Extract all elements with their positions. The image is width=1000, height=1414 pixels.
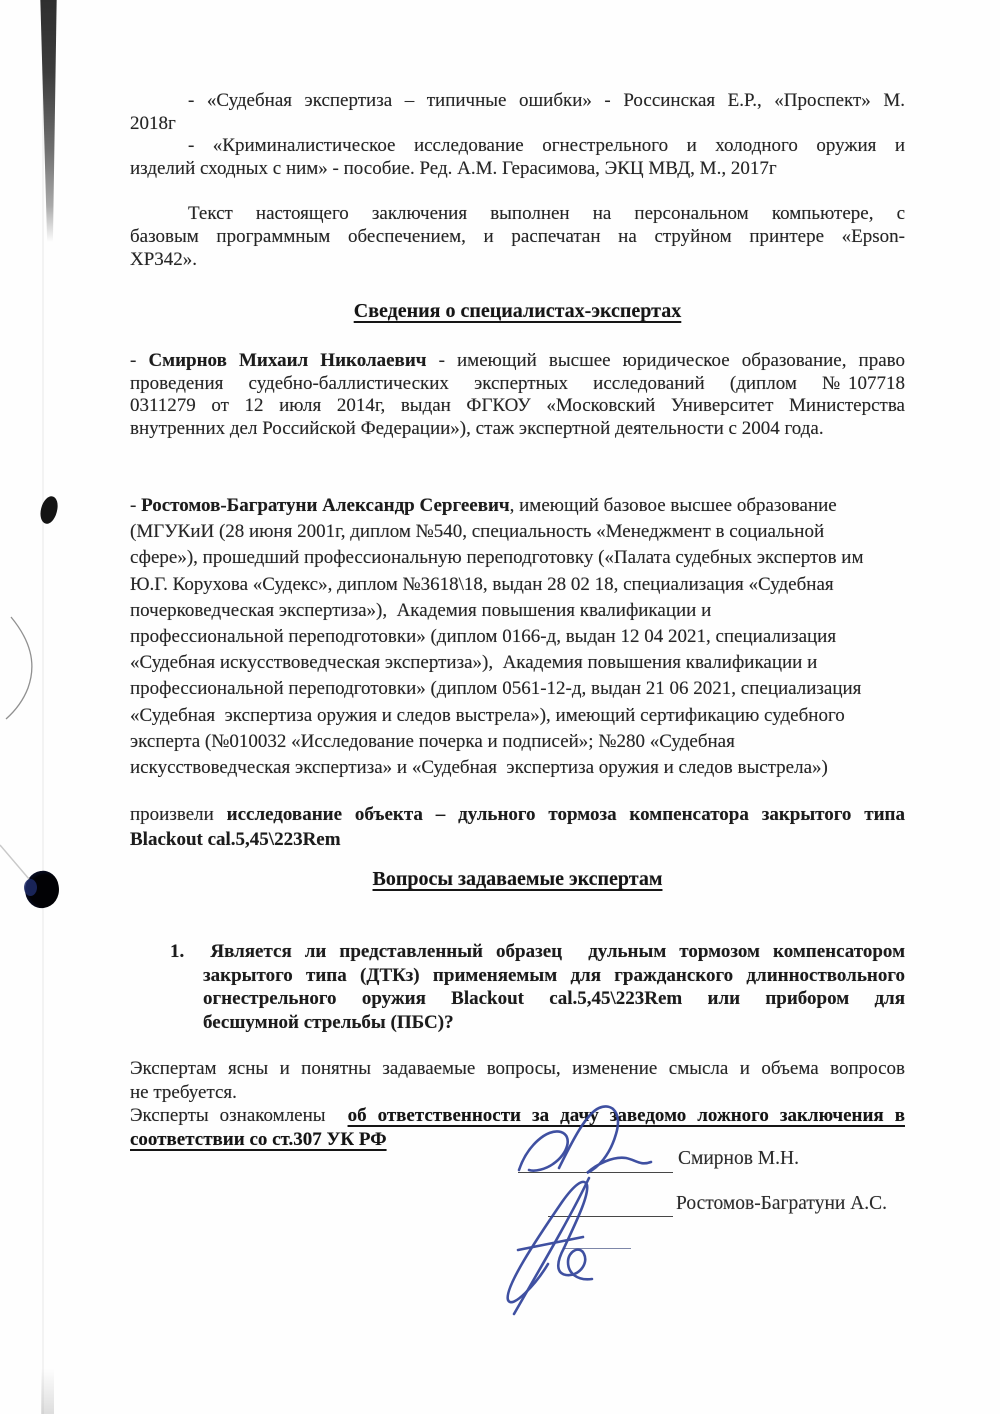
- expert1-name: Смирнов Михаил Николаевич: [148, 350, 426, 371]
- research-object-bold: исследование объекта – дульного тормоза …: [227, 804, 905, 825]
- text-segment: Является ли представленный образец дульн…: [210, 941, 905, 962]
- paragraph-expert2: - Ростомов-Багратуни Александр Сергеевич…: [130, 493, 908, 781]
- paragraph-question1: 1. Является ли представленный образец ду…: [170, 940, 905, 1034]
- text-line: искусствоведческая экспертиза» и «Судебн…: [130, 755, 908, 781]
- text-line: проведения судебно-баллистических экспер…: [130, 373, 905, 396]
- expert2-signature-name: Ростомов-Багратуни А.С.: [676, 1193, 887, 1215]
- text-line: Экспертам ясны и понятны задаваемые вопр…: [130, 1057, 905, 1081]
- text-line: XP342».: [130, 248, 905, 271]
- dash: -: [130, 350, 148, 371]
- paragraph-printed-note: Текст настоящего заключения выполнен на …: [130, 202, 905, 271]
- text-line: базовым программным обеспечением, и расп…: [130, 225, 905, 248]
- text-line: 0311279 от 12 июля 2014г, выдан ФГКОУ «М…: [130, 395, 905, 418]
- text-line: 1. Является ли представленный образец ду…: [170, 940, 905, 964]
- question-gap: [184, 941, 210, 962]
- text-line: закрытого типа (ДТКз) применяемым для гр…: [170, 964, 905, 988]
- experts-section-heading: Сведения о специалистах-экспертах: [130, 300, 905, 323]
- text-line: - «Судебная экспертиза – типичные ошибки…: [130, 90, 905, 113]
- text-line: - «Криминалистическое исследование огнес…: [130, 135, 905, 158]
- expert1-signature-name: Смирнов М.Н.: [678, 1148, 799, 1170]
- text-line: эксперта (№010032 «Исследование почерка …: [130, 729, 908, 755]
- paragraph-references: - «Судебная экспертиза – типичные ошибки…: [130, 90, 905, 180]
- expert2-name: Ростомов-Багратуни Александр Сергеевич: [141, 495, 510, 516]
- text-line: профессиональной переподготовки» (диплом…: [130, 624, 908, 650]
- paragraph-research-object: произвели исследование объекта – дульног…: [130, 802, 905, 852]
- text-line: «Судебная экспертиза оружия и следов выс…: [130, 703, 908, 729]
- text-line: произвели исследование объекта – дульног…: [130, 802, 905, 827]
- text-line: (МГУКиИ (28 июня 2001г, диплом №540, спе…: [130, 519, 908, 545]
- document-page: - «Судебная экспертиза – типичные ошибки…: [0, 0, 1000, 1414]
- text-segment: произвели: [130, 804, 227, 825]
- text-segment: Эксперты ознакомлены: [130, 1105, 348, 1126]
- margin-scratch-marks: [0, 0, 70, 900]
- text-line: 2018г: [130, 113, 905, 136]
- paragraph-expert1: - Смирнов Михаил Николаевич - имеющий вы…: [130, 350, 905, 440]
- page-fold-shadow: [41, 1368, 54, 1414]
- text-line: Ю.Г. Корухова «Судекс», диплом №3618\18,…: [130, 572, 908, 598]
- text-line: - Смирнов Михаил Николаевич - имеющий вы…: [130, 350, 905, 373]
- text-line: изделий сходных с ним» - пособие. Ред. А…: [130, 158, 905, 181]
- text-line: почерковедческая экспертиза»), Академия …: [130, 598, 908, 624]
- text-segment: , имеющий базовое высшее образование: [510, 495, 837, 516]
- text-segment: - имеющий высшее юридическое образование…: [426, 350, 905, 371]
- questions-section-heading-text: Вопросы задаваемые экспертам: [373, 868, 663, 890]
- experts-section-heading-text: Сведения о специалистах-экспертах: [354, 300, 681, 322]
- text-line: - Ростомов-Багратуни Александр Сергеевич…: [130, 493, 908, 519]
- text-line: огнестрельного оружия Blackout cal.5,45\…: [170, 987, 905, 1011]
- dash: -: [130, 495, 141, 516]
- text-line: профессиональной переподготовки» (диплом…: [130, 676, 908, 702]
- text-line: внутренних дел Российской Федерации»), с…: [130, 418, 905, 441]
- expert2-handwritten-signature: [490, 1160, 690, 1325]
- text-line: сфере»), прошедший профессиональную пере…: [130, 545, 908, 571]
- text-line: бесшумной стрельбы (ПБС)?: [170, 1011, 905, 1035]
- text-line: Blackout cal.5,45\223Rem: [130, 827, 905, 852]
- text-line: «Судебная искусствоведческая экспертиза»…: [130, 650, 908, 676]
- liability-warning-part2: соответствии со ст.307 УК РФ: [130, 1129, 387, 1150]
- text-line: Текст настоящего заключения выполнен на …: [130, 202, 905, 225]
- question-number: 1.: [170, 941, 184, 962]
- questions-section-heading: Вопросы задаваемые экспертам: [130, 868, 905, 891]
